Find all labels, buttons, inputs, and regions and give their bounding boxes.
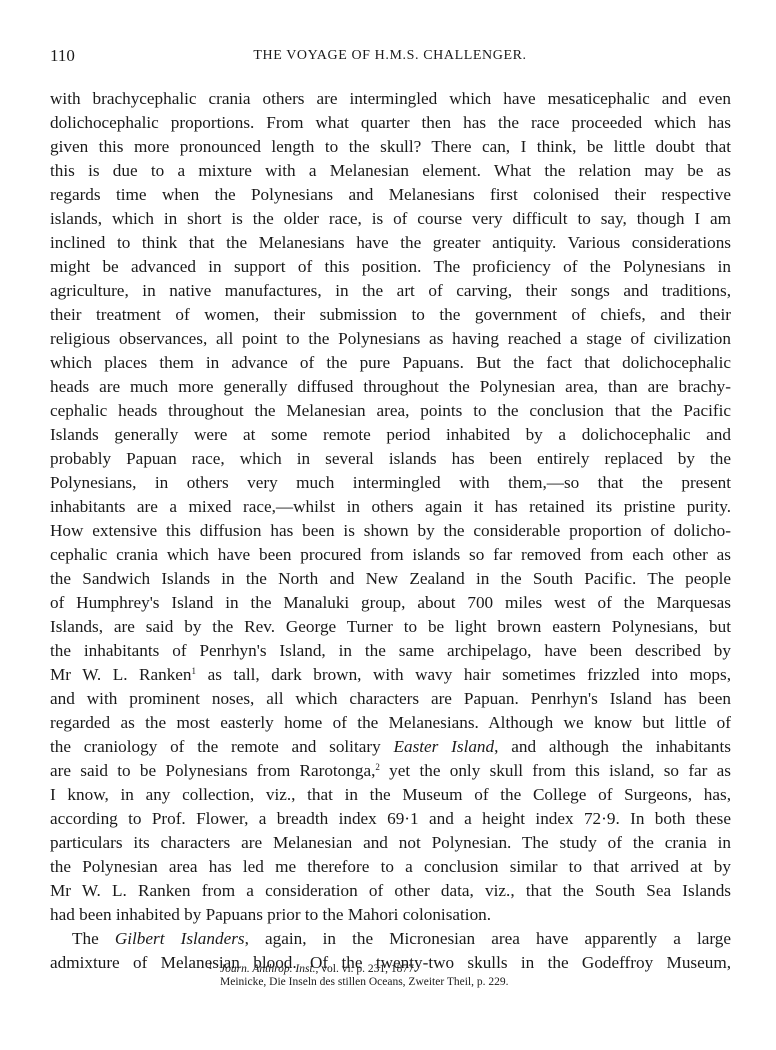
text-line: particulars its characters are Melanesia… [50,831,731,855]
text-line: I know, in any collection, viz., that in… [50,783,731,807]
text-line: might be advanced in support of this pos… [50,255,731,279]
text-line: of Humphrey's Island in the Manaluki gro… [50,591,731,615]
text-line: the Sandwich Islands in the North and Ne… [50,567,731,591]
text-line: cephalic crania which have been procured… [50,543,731,567]
footnote-2: Meinicke, Die Inseln des stillen Oceans,… [208,974,628,990]
text-line: Mr W. L. Ranken1 as tall, dark brown, wi… [50,663,731,687]
text-line: according to Prof. Flower, a breadth ind… [50,807,731,831]
text-line: religious observances, all point to the … [50,327,731,351]
text-line: the Polynesian area has led me therefore… [50,855,731,879]
text-line: Islands generally were at some remote pe… [50,423,731,447]
text-line: Islands, are said by the Rev. George Tur… [50,615,731,639]
body-text: with brachycephalic crania others are in… [50,87,731,975]
text-line: heads are much more generally diffused t… [50,375,731,399]
page-header: 110 THE VOYAGE OF H.M.S. CHALLENGER. [50,46,730,68]
text-line: their treatment of women, their submissi… [50,303,731,327]
text-line: and with prominent noses, all which char… [50,687,731,711]
footnote-1: 1Journ. Anthrop. Inst., vol. vi. p. 231,… [208,958,628,974]
text-line: islands, which in short is the older rac… [50,207,731,231]
text-line: probably Papuan race, which in several i… [50,447,731,471]
footnotes: 1Journ. Anthrop. Inst., vol. vi. p. 231,… [208,958,628,990]
text-line: inhabitants are a mixed race,—whilst in … [50,495,731,519]
text-line: regards time when the Polynesians and Me… [50,183,731,207]
text-line: the craniology of the remote and solitar… [50,735,731,759]
text-line: cephalic heads throughout the Melanesian… [50,399,731,423]
text-line: with brachycephalic crania others are in… [50,87,731,111]
text-line: the inhabitants of Penrhyn's Island, in … [50,639,731,663]
text-line: which places them in advance of the pure… [50,351,731,375]
text-line: had been inhabited by Papuans prior to t… [50,903,731,927]
italic-term: Gilbert Islanders [115,929,245,948]
text-line: Polynesians, in others very much intermi… [50,471,731,495]
text-line: are said to be Polynesians from Rarotong… [50,759,731,783]
text-line: How extensive this diffusion has been is… [50,519,731,543]
text-line: regarded as the most easterly home of th… [50,711,731,735]
text-line: agriculture, in native manufactures, in … [50,279,731,303]
text-line: inclined to think that the Melanesians h… [50,231,731,255]
text-line: Mr W. L. Ranken from a consideration of … [50,879,731,903]
text-line: this is due to a mixture with a Melanesi… [50,159,731,183]
footnote-mark: 1 [208,958,220,974]
text-line: dolichocephalic proportions. From what q… [50,111,731,135]
text-line: The Gilbert Islanders, again, in the Mic… [50,927,731,951]
text-line: given this more pronounced length to the… [50,135,731,159]
running-title: THE VOYAGE OF H.M.S. CHALLENGER. [50,48,730,64]
italic-term: Easter Island [393,737,494,756]
